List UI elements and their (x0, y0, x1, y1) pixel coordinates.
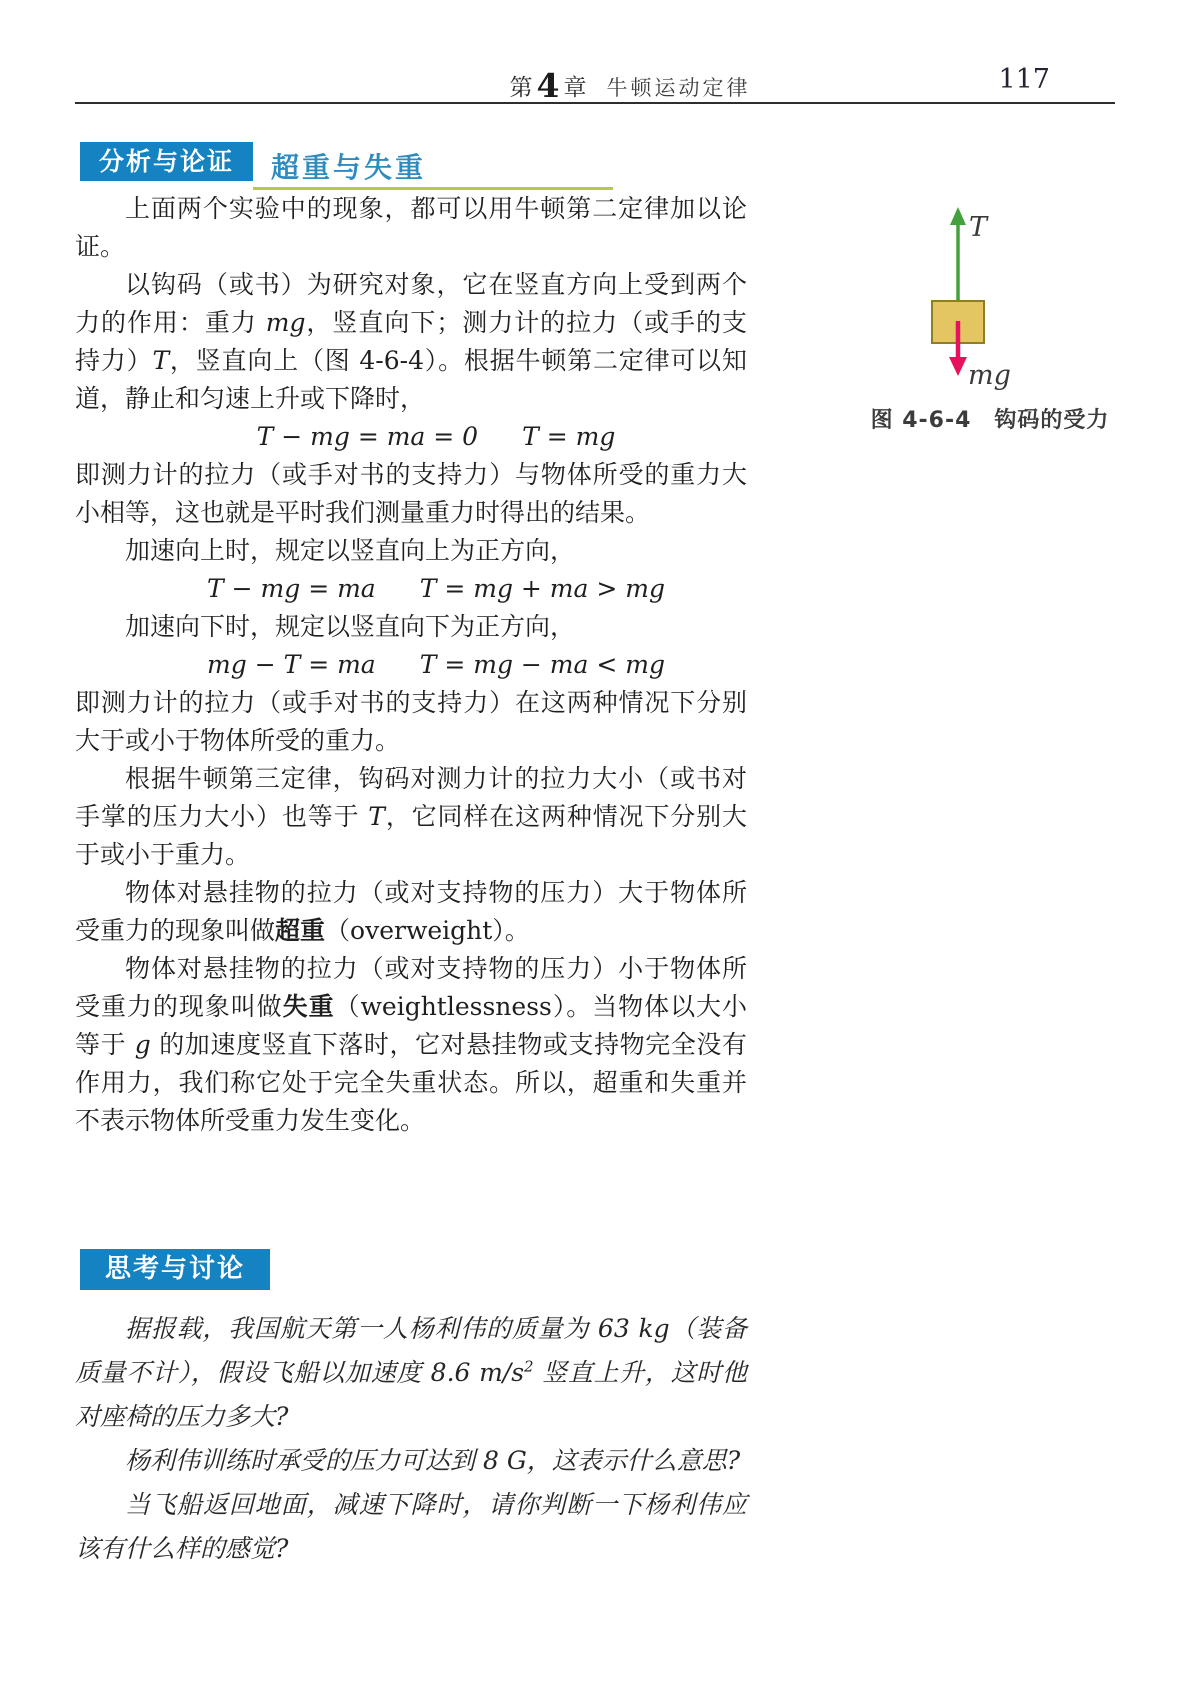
term-weightlessness: 失重 (283, 992, 335, 1021)
equation-right: T = mg (522, 422, 615, 451)
paragraph: 根据牛顿第三定律，钩码对测力计的拉力大小（或书对手掌的压力大小）也等于 T，它同… (75, 760, 747, 874)
force-diagram: T mg (850, 194, 1130, 399)
gravity-label: mg (968, 360, 1011, 391)
text-run: （overweight）。 (325, 916, 530, 945)
text-run: ，这表示什么意思? (527, 1446, 740, 1475)
equation-accel-down: mg − T = maT = mg − ma < mg (75, 646, 747, 684)
math-mg: mg (266, 308, 306, 337)
gravity-arrowhead (949, 357, 967, 376)
chapter-number: 4 (537, 66, 560, 105)
superscript-2: 2 (524, 1358, 534, 1376)
math-G: G (507, 1446, 527, 1475)
header-rule (75, 102, 1115, 104)
text-run: ，竖直向上（图 4-6-4）。根据牛顿第二定律可以知道，静止和匀速上升或下降时， (75, 346, 747, 413)
text-run: 杨利伟训练时承受的压力可达到 8 (125, 1446, 507, 1475)
paragraph: 加速向上时，规定以竖直向上为正方向， (75, 532, 747, 570)
math-g: g (135, 1030, 151, 1059)
chapter-header: 第4章牛顿运动定律 (150, 66, 1110, 105)
textbook-page: 第4章牛顿运动定律 117 分析与论证超重与失重 上面两个实验中的现象，都可以用… (0, 0, 1190, 1683)
section-title: 超重与失重 (271, 146, 426, 186)
chapter-prefix: 第 (510, 75, 533, 101)
discussion-body: 据报载，我国航天第一人杨利伟的质量为 63 kg（装备质量不计），假设飞船以加速… (75, 1307, 747, 1571)
equation-left: T − mg = ma = 0 (257, 422, 478, 451)
section-discussion: 思考与讨论 据报载，我国航天第一人杨利伟的质量为 63 kg（装备质量不计），假… (75, 1249, 747, 1571)
section-analysis-head: 分析与论证超重与失重 (80, 142, 680, 186)
equation-accel-up: T − mg = maT = mg + ma > mg (75, 570, 747, 608)
paragraph-weightlessness: 物体对悬挂物的拉力（或对支持物的压力）小于物体所受重力的现象叫做失重（weigh… (75, 950, 747, 1140)
equation-left: mg − T = ma (207, 650, 376, 679)
paragraph: 即测力计的拉力（或手对书的支持力）在这两种情况下分别大于或小于物体所受的重力。 (75, 684, 747, 760)
term-overweight: 超重 (275, 916, 325, 945)
discussion-question-2: 杨利伟训练时承受的压力可达到 8 G，这表示什么意思? (75, 1439, 747, 1483)
main-body-text: 上面两个实验中的现象，都可以用牛顿第二定律加以论证。 以钩码（或书）为研究对象，… (75, 190, 747, 1140)
chapter-title: 牛顿运动定律 (606, 76, 750, 100)
paragraph: 上面两个实验中的现象，都可以用牛顿第二定律加以论证。 (75, 190, 747, 266)
paragraph: 加速向下时，规定以竖直向下为正方向， (75, 608, 747, 646)
discussion-question-3: 当飞船返回地面，减速下降时，请你判断一下杨利伟应该有什么样的感觉? (75, 1483, 747, 1571)
page-number: 117 (998, 64, 1050, 95)
equation-static: T − mg = ma = 0T = mg (75, 418, 747, 456)
analysis-badge: 分析与论证 (80, 142, 253, 181)
discussion-badge: 思考与讨论 (80, 1249, 270, 1290)
math-T: T (152, 346, 169, 375)
equation-left: T − mg = ma (207, 574, 376, 603)
paragraph: 以钩码（或书）为研究对象，它在竖直方向上受到两个力的作用：重力 mg，竖直向下；… (75, 266, 747, 418)
equation-right: T = mg + ma > mg (420, 574, 665, 603)
tension-label: T (969, 212, 989, 243)
math-T: T (368, 802, 385, 831)
text-run: 的加速度竖直下落时，它对悬挂物或支持物完全没有作用力，我们称它处于完全失重状态。… (75, 1030, 747, 1135)
paragraph-overweight: 物体对悬挂物的拉力（或对支持物的压力）大于物体所受重力的现象叫做超重（overw… (75, 874, 747, 950)
equation-right: T = mg − ma < mg (420, 650, 665, 679)
figure-caption: 图 4-6-4 钩码的受力 (850, 403, 1130, 434)
paragraph: 即测力计的拉力（或手对书的支持力）与物体所受的重力大小相等，这也就是平时我们测量… (75, 456, 747, 532)
discussion-question-1: 据报载，我国航天第一人杨利伟的质量为 63 kg（装备质量不计），假设飞船以加速… (75, 1307, 747, 1439)
chapter-suffix: 章 (563, 75, 586, 101)
figure-4-6-4: T mg 图 4-6-4 钩码的受力 (850, 194, 1130, 434)
